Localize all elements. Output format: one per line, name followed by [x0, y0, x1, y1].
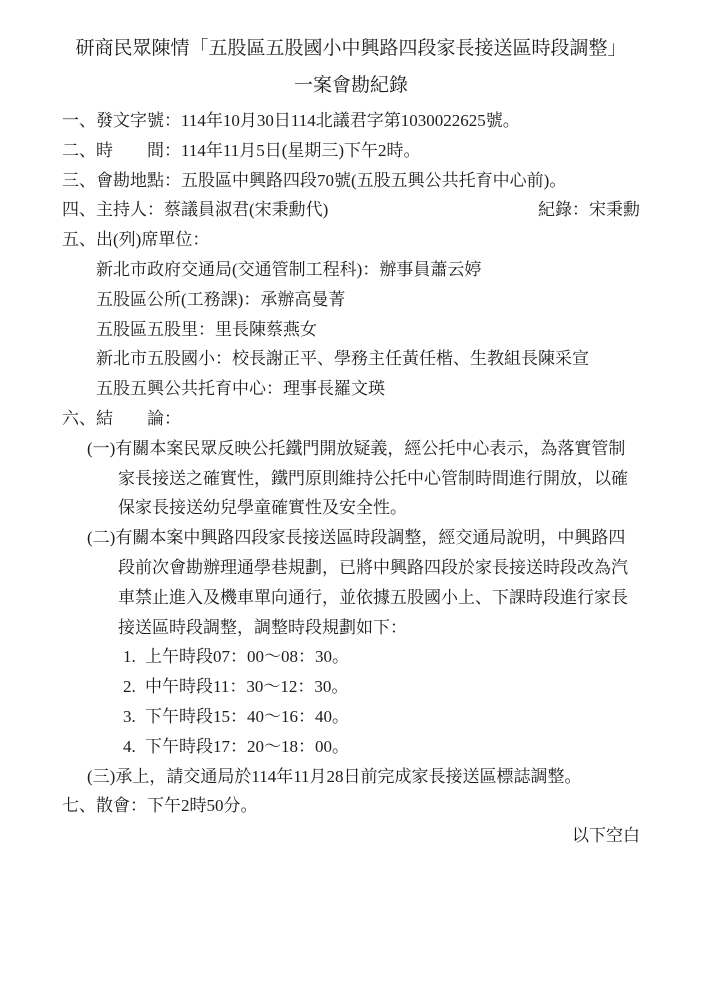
paragraph-line: 段前次會勘辦理通學巷規劃，已將中興路四段於家長接送時段改為汽 — [118, 553, 640, 583]
recorder-text: 紀錄：宋秉勳 — [538, 195, 640, 225]
line-meeting-time: 二、時 間：114年11月5日(星期三)下午2時。 — [62, 136, 640, 166]
schedule-number: 1. — [123, 642, 145, 672]
attendee-line: 五股區五股里：里長陳蔡燕女 — [96, 315, 640, 345]
document-title-line-2: 一案會勘紀錄 — [294, 75, 408, 96]
line-conclusion-header: 六、結 論： — [62, 404, 640, 434]
attendee-line: 新北市五股國小：校長謝正平、學務主任黃任楷、生教組長陳采宣 — [96, 344, 640, 374]
attendee-line: 新北市政府交通局(交通管制工程科)：辦事員蕭云婷 — [96, 255, 640, 285]
paragraph-line: 接送區時段調整，調整時段規劃如下： — [118, 613, 640, 643]
schedule-number: 4. — [123, 732, 145, 762]
host-text: 四、主持人：蔡議員淑君(宋秉勳代) — [62, 195, 328, 225]
schedule-item: 4.下午時段17：20～18：00。 — [123, 732, 640, 762]
schedule-text: 中午時段11：30～12：30。 — [145, 677, 348, 696]
schedule-number: 2. — [123, 672, 145, 702]
attendee-line: 五股五興公共托育中心：理事長羅文瑛 — [96, 374, 640, 404]
schedule-list: 1.上午時段07：00～08：30。 2.中午時段11：30～12：30。 3.… — [62, 642, 640, 761]
conclusion-item-1: (一)有關本案民眾反映公托鐵門開放疑義，經公托中心表示，為落實管制 家長接送之確… — [62, 434, 640, 523]
line-doc-number: 一、發文字號：114年10月30日114北議君字第1030022625號。 — [62, 106, 640, 136]
footer-blank-note: 以下空白 — [62, 821, 640, 851]
line-host-and-recorder: 四、主持人：蔡議員淑君(宋秉勳代) 紀錄：宋秉勳 — [62, 195, 640, 225]
paragraph-line: 家長接送之確實性，鐵門原則維持公托中心管制時間進行開放，以確 — [118, 464, 640, 494]
paragraph-line: (二)有關本案中興路四段家長接送區時段調整，經交通局說明，中興路四 — [118, 523, 640, 553]
schedule-item: 3.下午時段15：40～16：40。 — [123, 702, 640, 732]
schedule-item: 1.上午時段07：00～08：30。 — [123, 642, 640, 672]
line-adjournment: 七、散會：下午2時50分。 — [62, 791, 640, 821]
paragraph-line: 保家長接送幼兒學童確實性及安全性。 — [118, 493, 640, 523]
paragraph-line: 車禁止進入及機車單向通行，並依據五股國小上、下課時段進行家長 — [118, 583, 640, 613]
schedule-text: 上午時段07：00～08：30。 — [145, 647, 349, 666]
document-title-line-1: 研商民眾陳情「五股區五股國小中興路四段家長接送區時段調整」 — [75, 38, 626, 59]
schedule-number: 3. — [123, 702, 145, 732]
document-body: 一、發文字號：114年10月30日114北議君字第1030022625號。 二、… — [62, 106, 640, 851]
document-title: 研商民眾陳情「五股區五股國小中興路四段家長接送區時段調整」 一案會勘紀錄 — [62, 30, 640, 104]
schedule-item: 2.中午時段11：30～12：30。 — [123, 672, 640, 702]
conclusion-item-3: (三)承上，請交通局於114年11月28日前完成家長接送區標誌調整。 — [118, 762, 640, 792]
schedule-text: 下午時段17：20～18：00。 — [145, 737, 349, 756]
line-attendees-header: 五、出(列)席單位： — [62, 225, 640, 255]
paragraph-line: (一)有關本案民眾反映公托鐵門開放疑義，經公托中心表示，為落實管制 — [118, 434, 640, 464]
attendee-line: 五股區公所(工務課)：承辦高曼菁 — [96, 285, 640, 315]
schedule-text: 下午時段15：40～16：40。 — [145, 707, 349, 726]
line-meeting-location: 三、會勘地點：五股區中興路四段70號(五股五興公共托育中心前)。 — [62, 166, 640, 196]
conclusion-item-2: (二)有關本案中興路四段家長接送區時段調整，經交通局說明，中興路四 段前次會勘辦… — [62, 523, 640, 642]
document-page: 研商民眾陳情「五股區五股國小中興路四段家長接送區時段調整」 一案會勘紀錄 一、發… — [0, 0, 707, 1000]
